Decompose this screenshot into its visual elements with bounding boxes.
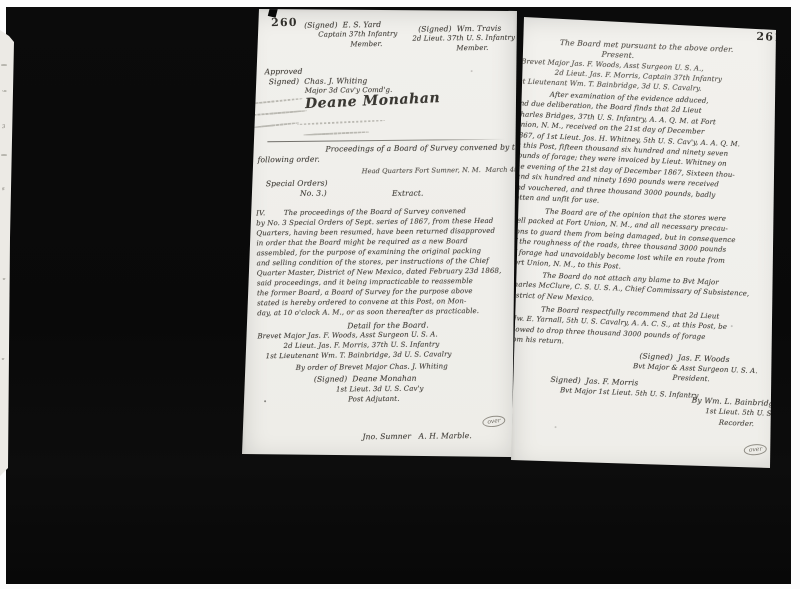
page-261: 261 The Board met pursuant to the above … xyxy=(511,16,783,471)
cutoff-text-fragment: 3 xyxy=(2,124,6,130)
page-number: 261 xyxy=(756,30,783,44)
approval-line: Approved xyxy=(265,67,303,76)
film-background: 3 s 260 (Signed) E. S. Yard Captain 37th… xyxy=(6,7,791,584)
microfilm-scan: { "colors": { "film": "#0a0a0a", "paper"… xyxy=(0,0,800,589)
page-number: 260 xyxy=(271,16,298,29)
over-annotation: over xyxy=(743,443,767,456)
edge-mark xyxy=(1,64,7,66)
extract-label: Extract. xyxy=(392,189,424,198)
page-260-content: 260 (Signed) E. S. Yard Captain 37th Inf… xyxy=(242,8,522,463)
edge-mark xyxy=(2,278,6,280)
dust-speck xyxy=(264,400,266,402)
handwritten-line: day, at 10 o'clock A. M., or as soon the… xyxy=(257,307,502,320)
signature-line: Captain 37th Infantry xyxy=(318,30,397,40)
signature-line: Post Adjutant. xyxy=(348,395,400,405)
by-order-line: By order of Brevet Major Chas. J. Whitin… xyxy=(296,362,448,373)
president-role: President. xyxy=(672,374,710,384)
approval-line: Signed) Chas. J. Whiting xyxy=(269,76,368,86)
section-divider xyxy=(267,139,505,142)
detail-line: 1st Lieutenant Wm. T. Bainbridge, 3d U. … xyxy=(266,350,452,361)
detail-line: 2d Lieut. Jas. F. Morris, 37th U. S. Inf… xyxy=(283,340,439,351)
page-260: 260 (Signed) E. S. Yard Captain 37th Inf… xyxy=(242,9,517,461)
pencil-annotation xyxy=(297,119,385,125)
pencil-annotation xyxy=(253,122,299,128)
signature-line: 1st Lieut. 3d U. S. Cav'y xyxy=(336,385,424,395)
signature-line: (Signed) E. S. Yard xyxy=(304,20,381,30)
cutoff-text-fragment: s xyxy=(2,186,5,192)
dust-speck xyxy=(471,70,473,72)
special-orders-number: No. 3.) xyxy=(300,189,327,198)
heading-line: Proceedings of a Board of Survey convene… xyxy=(325,143,524,154)
dust-speck xyxy=(731,325,733,327)
opinion-paragraph: The Board are of the opinion that the st… xyxy=(509,206,737,277)
edge-mark xyxy=(2,90,7,92)
page-261-content: 261 The Board met pursuant to the above … xyxy=(493,16,783,482)
signature-line: 2d Lieut. 37th U. S. Infantry xyxy=(412,34,515,44)
signature-line: Member. xyxy=(350,40,382,49)
special-orders-label: Special Orders) xyxy=(266,179,328,189)
commander-signature: Deane Monahan xyxy=(305,94,441,109)
finding-paragraph: After examination of the evidence adduce… xyxy=(511,89,741,212)
headquarters-line: Head Quarters Fort Sumner, N. M. March 4… xyxy=(362,165,543,176)
opening-line: The Board met pursuant to the above orde… xyxy=(560,38,734,54)
signature-line: (Signed) Deane Monahan xyxy=(314,374,417,384)
edge-mark xyxy=(1,154,7,156)
detail-line: Brevet Major Jas. F. Woods, Asst Surgeon… xyxy=(257,330,437,341)
dust-speck xyxy=(554,426,556,428)
adjacent-page-edge: 3 s xyxy=(0,28,16,480)
pencil-annotation xyxy=(247,110,307,117)
signature-line: Member. xyxy=(456,44,488,53)
edge-mark xyxy=(1,358,5,360)
signature-line: (Signed) Wm. Travis xyxy=(418,24,501,34)
heading-line: following order. xyxy=(258,155,320,165)
present-label: Present. xyxy=(601,50,634,60)
detail-heading: Detail for the Board. xyxy=(347,321,428,331)
dust-speck xyxy=(630,45,632,47)
order-body-paragraph: IV. The proceedings of the Board of Surv… xyxy=(256,207,502,320)
recommend-paragraph: The Board respectfully recommend that 2d… xyxy=(506,304,728,354)
over-annotation: over xyxy=(482,414,507,428)
pencil-annotation xyxy=(303,131,369,136)
recorder-role: Recorder. xyxy=(719,419,755,429)
member-title: Bvt Major 1st Lieut. 5th U. S. Infantry xyxy=(560,386,699,401)
pencil-annotation xyxy=(251,98,303,105)
clerk-line: Jno. Sumner A. H. Marble. xyxy=(362,431,471,441)
